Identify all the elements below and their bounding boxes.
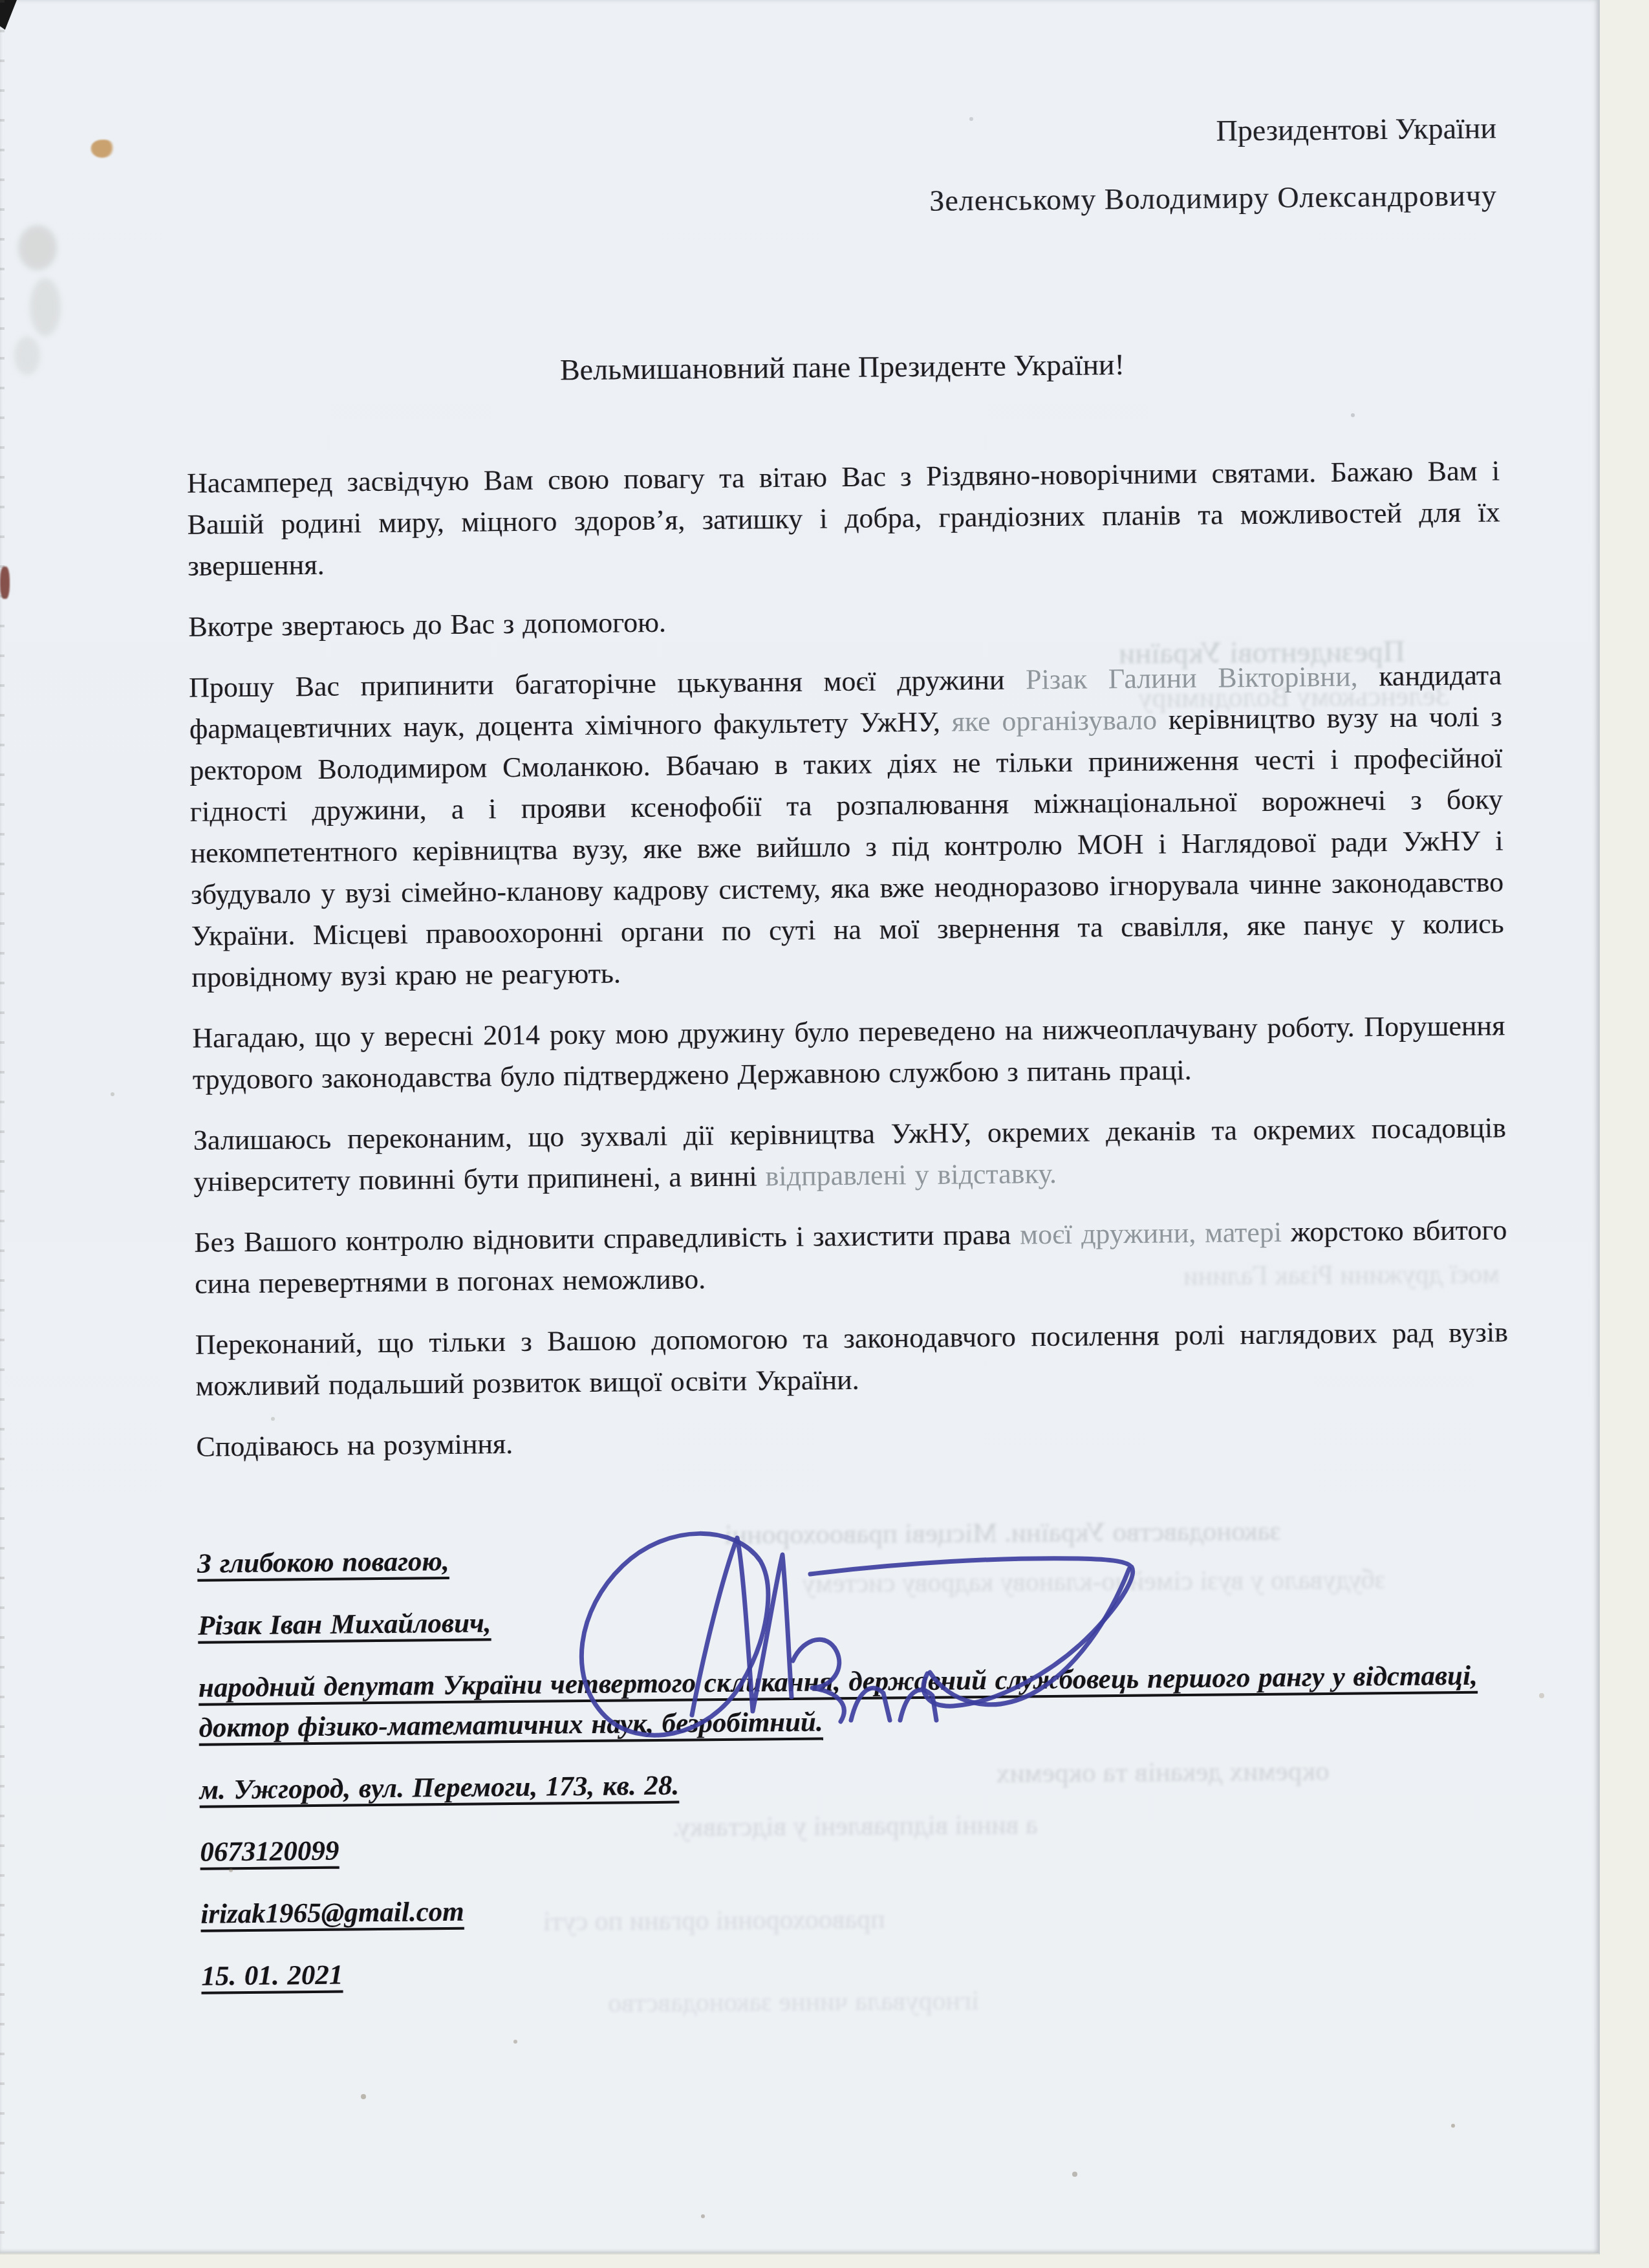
paragraph-text: Сподіваюсь на розуміння. xyxy=(196,1428,513,1463)
paragraph: Сподіваюсь на розуміння. xyxy=(196,1414,1509,1467)
faded-text: Різак Галини Вікторівни, xyxy=(1026,660,1358,695)
signoff-line: 15. 01. 2021 xyxy=(201,1944,1514,1996)
paragraph-text: Переконаний, що тільки з Вашою допомогою… xyxy=(195,1316,1508,1401)
paragraph: Вкотре звертаюсь до Вас з допомогою. xyxy=(188,594,1502,647)
signature-block: З глибокою повагою,Різак Іван Михайлович… xyxy=(197,1531,1514,1996)
paragraph-text: Без Вашого контролю відновити справедлив… xyxy=(194,1218,1020,1258)
faded-text: яке організувало xyxy=(951,704,1157,737)
letter-content: Президентові України Зеленському Володим… xyxy=(184,94,1514,2018)
signoff-line: З глибокою повагою, xyxy=(197,1531,1511,1584)
pencil-smudge xyxy=(14,336,40,375)
paragraph-text: Нагадаю, що у вересні 2014 року мою друж… xyxy=(192,1010,1505,1095)
paragraph: Нагадаю, що у вересні 2014 року мою друж… xyxy=(192,1005,1505,1100)
scanned-letter-screenshot: { "page": { "scanner_background_color": … xyxy=(0,0,1649,2268)
recipient-block: Президентові України Зеленському Володим… xyxy=(184,94,1498,241)
paragraph: Залишаюсь переконаним, що зухвалі дії ке… xyxy=(193,1107,1507,1202)
signoff-line: Різак Іван Михайлович, xyxy=(198,1593,1511,1646)
salutation: Вельмишановний пане Президенте України! xyxy=(186,341,1498,393)
recipient-line-2: Зеленському Володимиру Олександровичу xyxy=(184,162,1498,241)
signoff-line: народний депутат України четвертого скли… xyxy=(199,1656,1512,1748)
faded-text: відправлені у відставку. xyxy=(765,1158,1057,1192)
left-edge-scan-noise xyxy=(0,0,5,2253)
paper-stain xyxy=(91,140,115,158)
paragraph-text: керівництво вузу на чолі з ректором Воло… xyxy=(189,700,1504,993)
paragraph-text: Прошу Вас припинити багаторічне цькуванн… xyxy=(189,664,1026,703)
signoff-line: м. Ужгород, вул. Перемоги, 173, кв. 28. xyxy=(199,1758,1513,1810)
paragraph: Без Вашого контролю відновити справедлив… xyxy=(194,1209,1507,1304)
paragraph: Переконаний, що тільки з Вашою допомогою… xyxy=(195,1312,1509,1407)
pencil-smudge xyxy=(18,225,57,270)
faded-text: моєї дружини, матері xyxy=(1020,1216,1282,1251)
recipient-line-1: Президентові України xyxy=(184,94,1497,174)
paragraph: Насамперед засвідчую Вам свою повагу та … xyxy=(187,450,1501,587)
paragraph-text: Насамперед засвідчую Вам свою повагу та … xyxy=(187,455,1500,581)
body-paragraphs: Насамперед засвідчую Вам свою повагу та … xyxy=(187,450,1509,1467)
signoff-line: 0673120099 xyxy=(200,1820,1513,1872)
signoff-line: irizak1965@gmail.com xyxy=(200,1882,1514,1934)
dust-specks xyxy=(0,0,3,3)
paragraph-text: Вкотре звертаюсь до Вас з допомогою. xyxy=(188,607,666,643)
pencil-smudge xyxy=(30,278,61,336)
paragraph: Прошу Вас припинити багаторічне цькуванн… xyxy=(189,654,1505,998)
letter-paper: Президентові УкраїниЗеленському Володими… xyxy=(0,0,1600,2254)
